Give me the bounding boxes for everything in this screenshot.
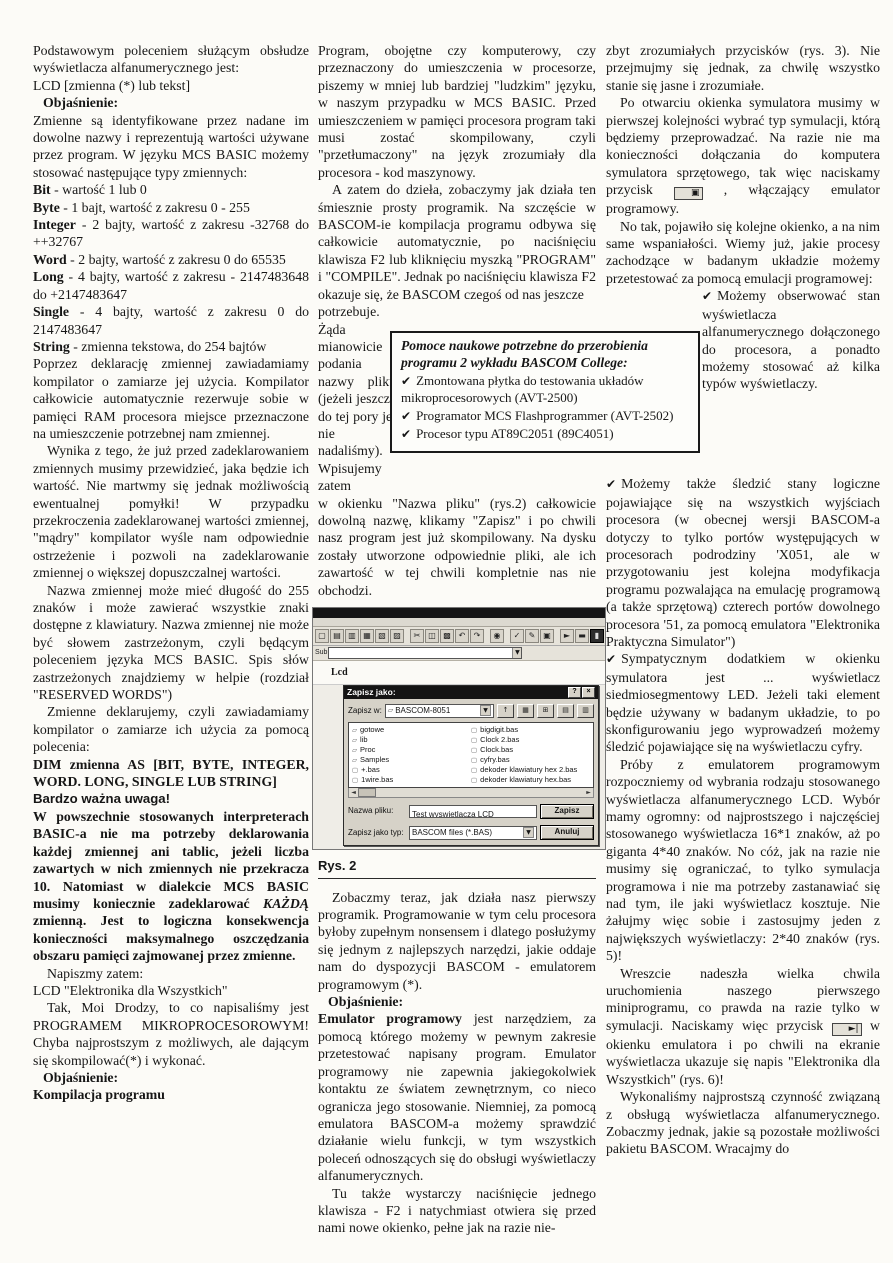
- paragraph: Wynika z tego, że już przed zadeklarowan…: [33, 442, 309, 581]
- column-right: zbyt zrozumiałych przycisków (rys. 3). N…: [606, 42, 880, 1158]
- list-view-icon[interactable]: ▤: [557, 704, 574, 718]
- term-desc: - wartość 1 lub 0: [51, 182, 147, 197]
- folder-name: Proc: [360, 745, 375, 755]
- desktop-view-icon[interactable]: ▦: [517, 704, 534, 718]
- paragraph: Zobaczmy teraz, jak działa nasz pierwszy…: [318, 889, 596, 993]
- save-type-value: BASCOM files (*.BAS): [412, 826, 492, 840]
- type-def-long: Long - 4 bajty, wartość z zakresu - 2147…: [33, 268, 309, 303]
- app-toolbar: ▢ ▤ ▥ ▦ ▧ ▨ ✂ ◫ ▩ ↶ ↷ ◉ ✓ ✎ ▣ ► ▬ ▮: [313, 627, 605, 646]
- file-name: Clock 2.bas: [480, 735, 519, 745]
- paragraph: Tu także wystarczy naciśnięcie jednego k…: [318, 1185, 596, 1237]
- paragraph: No tak, pojawiło się kolejne okienko, a …: [606, 218, 880, 288]
- term: Integer: [33, 217, 76, 232]
- dialog-body: Zapisz w: ▱ BASCOM-8051 ▼ ↑ ▦ ⊞ ▤ ▥: [344, 699, 598, 845]
- file-icon: ▢: [352, 765, 358, 775]
- folder-name: lib: [360, 735, 368, 745]
- run-icon[interactable]: ►: [560, 629, 574, 643]
- copy-icon[interactable]: ◫: [425, 629, 439, 643]
- save-as-dialog: Zapisz jako: ? × Zapisz w: ▱ BASCOM-8051…: [343, 685, 599, 846]
- text-run: Sympatycznym dodatkiem w okienku symulat…: [606, 651, 880, 754]
- file-icon: ▢: [471, 735, 477, 745]
- wrap-text-beside-box: potrzebuje. Żąda mianowicie podania nazw…: [318, 303, 396, 494]
- check-paragraph: ✔Możemy także śledzić stany logiczne poj…: [606, 475, 880, 650]
- type-def-single: Single - 4 bajty, wartość z zakresu 0 do…: [33, 303, 309, 338]
- checkmark-icon: ✔: [401, 409, 416, 423]
- figure-caption: Rys. 2: [318, 857, 596, 874]
- save-in-label: Zapisz w:: [348, 702, 382, 719]
- subheading-objasnienie: Objaśnienie:: [33, 1069, 309, 1086]
- help-button[interactable]: ?: [568, 687, 581, 698]
- subheading-objasnienie: Objaśnienie:: [318, 993, 596, 1010]
- print-preview-icon[interactable]: ▨: [390, 629, 404, 643]
- text-run: Zmontowana płytka do testowania układów …: [401, 373, 644, 405]
- file-name: bigdigit.bas: [480, 725, 518, 735]
- save-in-row: Zapisz w: ▱ BASCOM-8051 ▼ ↑ ▦ ⊞ ▤ ▥: [348, 702, 594, 719]
- save-icon[interactable]: ▥: [345, 629, 359, 643]
- dim-command: DIM zmienna AS [BIT, BYTE, INTEGER, WORD…: [33, 756, 309, 791]
- term: Byte: [33, 200, 60, 215]
- undo-icon[interactable]: ↶: [455, 629, 469, 643]
- subheading-kompilacja: Kompilacja programu: [33, 1086, 309, 1103]
- paragraph: zbyt zrozumiałych przycisków (rys. 3). N…: [606, 42, 880, 94]
- scroll-left-icon[interactable]: ◄: [349, 784, 358, 801]
- emphasis-kazda: KAŻDĄ: [263, 896, 309, 911]
- checkmark-icon: ✔: [401, 427, 416, 441]
- cut-icon[interactable]: ✂: [410, 629, 424, 643]
- file-name-row: Nazwa pliku: Test wyswietlacza LCD Zapis…: [348, 802, 594, 819]
- paragraph: Wykonaliśmy najprostszą czynność związan…: [606, 1088, 880, 1158]
- paragraph: A zatem do dzieła, zobaczymy jak działa …: [318, 181, 596, 303]
- study-aids-title: Pomoce naukowe potrzebne do przerobienia…: [401, 338, 689, 371]
- text-run: Procesor typu AT89C2051 (89C4051): [416, 426, 614, 441]
- save-in-value: BASCOM-8051: [395, 704, 450, 718]
- file-icon: ▢: [471, 725, 477, 735]
- term: Bit: [33, 182, 51, 197]
- paragraph: Wreszcie nadeszła wielka chwila uruchomi…: [606, 965, 880, 1088]
- paragraph: Zmienne deklarujemy, czyli zawiadamiamy …: [33, 703, 309, 755]
- figure-rys2-screenshot: ▢ ▤ ▥ ▦ ▧ ▨ ✂ ◫ ▩ ↶ ↷ ◉ ✓ ✎ ▣ ► ▬ ▮ Sub: [312, 607, 606, 850]
- term: String: [33, 339, 70, 354]
- sub-combobox[interactable]: ▼: [328, 647, 522, 659]
- new-folder-icon[interactable]: ⊞: [537, 704, 554, 718]
- folder-icon: ▱: [352, 735, 357, 745]
- text-run: jest narzędziem, za pomocą którego możem…: [318, 1011, 596, 1183]
- file-name: Clock.bas: [480, 745, 513, 755]
- code-line: LCD "Elektronika dla Wszystkich": [33, 982, 309, 999]
- paragraph: Po otwarciu okienka symulatora musimy w …: [606, 94, 880, 217]
- dialog-title: Zapisz jako:: [347, 684, 396, 701]
- list-item[interactable]: ▢dekoder klawiatury hex.bas: [471, 775, 590, 785]
- sub-selector-row: Sub ▼: [313, 646, 605, 661]
- file-list[interactable]: ▱gotowe ▱lib ▱Proc ▱Samples ▢+.bas ▢1wir…: [348, 722, 594, 788]
- file-list-right-column: ▢bigdigit.bas ▢Clock 2.bas ▢Clock.bas ▢c…: [471, 725, 590, 785]
- column-left: Podstawowym poleceniem służącym obsłudze…: [33, 42, 309, 1104]
- checkmark-icon: ✔: [606, 652, 621, 666]
- term-desc: - 4 bajty, wartość z zakresu 0 do 214748…: [33, 304, 309, 336]
- paragraph: Poprzez deklarację zmiennej zawiadamiamy…: [33, 355, 309, 442]
- wrap-text-beside-box: ✔Możemy obserwować stan wyświetlacza alf…: [702, 287, 880, 475]
- run-button-icon: ►|: [832, 1023, 862, 1036]
- code-line: LCD [zmienna (*) lub tekst]: [33, 77, 309, 94]
- save-type-combobox[interactable]: BASCOM files (*.BAS) ▼: [409, 826, 537, 840]
- paste-icon[interactable]: ▩: [440, 629, 454, 643]
- scroll-right-icon[interactable]: ►: [584, 784, 593, 801]
- paragraph: Zmienne są identyfikowane przez nadane i…: [33, 112, 309, 182]
- subheading-important-note: Bardzo ważna uwaga!: [33, 790, 309, 807]
- app-menubar: [313, 618, 605, 627]
- folder-icon: ▱: [352, 755, 357, 765]
- file-name: 1wire.bas: [361, 775, 393, 785]
- study-aids-box: Pomoce naukowe potrzebne do przerobienia…: [390, 331, 700, 453]
- file-icon: ▢: [471, 765, 477, 775]
- chevron-down-icon[interactable]: ▼: [523, 827, 534, 838]
- list-item[interactable]: ▢Clock 2.bas: [471, 735, 590, 745]
- term: Word: [33, 252, 67, 267]
- term-desc: - 1 bajt, wartość z zakresu 0 - 255: [60, 200, 250, 215]
- syntax-check-icon[interactable]: ✓: [510, 629, 524, 643]
- terminal-icon[interactable]: ▬: [575, 629, 589, 643]
- print-icon[interactable]: ▧: [375, 629, 389, 643]
- text-run: zmienną. Jest to logiczna konsekwencja k…: [33, 913, 309, 963]
- list-item[interactable]: ▢1wire.bas: [352, 775, 471, 785]
- term: Emulator programowy: [318, 1011, 462, 1026]
- study-aids-item: ✔Procesor typu AT89C2051 (89C4051): [401, 426, 689, 443]
- open-file-icon[interactable]: ▤: [330, 629, 344, 643]
- paragraph: Emulator programowy jest narzędziem, za …: [318, 1010, 596, 1184]
- compile-icon[interactable]: ✎: [525, 629, 539, 643]
- term-desc: - 4 bajty, wartość z zakresu - 214748364…: [33, 269, 309, 301]
- term: Single: [33, 304, 69, 319]
- paragraph: Tak, Moi Drodzy, to co napisaliśmy jest …: [33, 999, 309, 1069]
- paragraph: Podstawowym poleceniem służącym obsłudze…: [33, 42, 309, 77]
- save-in-combobox[interactable]: ▱ BASCOM-8051 ▼: [385, 704, 494, 718]
- text-run: Możemy także śledzić stany logiczne poja…: [606, 476, 880, 649]
- type-def-string: String - zmienna tekstowa, do 254 bajtów: [33, 338, 309, 355]
- file-name-label: Nazwa pliku:: [348, 802, 406, 819]
- term-desc: - 2 bajty, wartość z zakresu 0 do 65535: [67, 252, 286, 267]
- file-name-input[interactable]: Test wyswietlacza LCD: [409, 805, 537, 818]
- list-item[interactable]: ▱gotowe: [352, 725, 471, 735]
- section-divider: [318, 878, 596, 879]
- type-def-word: Word - 2 bajty, wartość z zakresu 0 do 6…: [33, 251, 309, 268]
- term-desc: - zmienna tekstowa, do 254 bajtów: [70, 339, 267, 354]
- file-icon: ▢: [471, 755, 477, 765]
- checkmark-icon: ✔: [401, 374, 416, 388]
- file-name: dekoder klawiatury hex.bas: [480, 775, 571, 785]
- up-one-level-icon[interactable]: ↑: [497, 704, 514, 718]
- file-type-row: Zapisz jako typ: BASCOM files (*.BAS) ▼ …: [348, 824, 594, 841]
- type-def-byte: Byte - 1 bajt, wartość z zakresu 0 - 255: [33, 199, 309, 216]
- chevron-down-icon[interactable]: ▼: [512, 648, 521, 658]
- cancel-button[interactable]: Anuluj: [540, 825, 594, 840]
- details-view-icon[interactable]: ▥: [577, 704, 594, 718]
- new-file-icon[interactable]: ▢: [315, 629, 329, 643]
- list-item[interactable]: ▢bigdigit.bas: [471, 725, 590, 735]
- list-item[interactable]: ▢dekoder klawiatury hex 2.bas: [471, 765, 590, 775]
- list-item[interactable]: ▱lib: [352, 735, 471, 745]
- column-middle: Program, obojętne czy komputerowy, czy p…: [318, 42, 596, 1237]
- chevron-down-icon[interactable]: ▼: [480, 705, 491, 716]
- folder-icon: ▱: [352, 745, 357, 755]
- app-titlebar: [313, 608, 605, 618]
- sub-label: Sub: [315, 644, 327, 661]
- subheading-objasnienie: Objaśnienie:: [33, 94, 309, 111]
- redo-icon[interactable]: ↷: [470, 629, 484, 643]
- dialog-titlebar[interactable]: Zapisz jako: ? ×: [344, 686, 598, 699]
- simulator-icon[interactable]: ▣: [540, 629, 554, 643]
- folder-icon: ▱: [352, 725, 357, 735]
- paragraph: Napiszmy zatem:: [33, 965, 309, 982]
- list-item[interactable]: ▢cyfry.bas: [471, 755, 590, 765]
- file-list-left-column: ▱gotowe ▱lib ▱Proc ▱Samples ▢+.bas ▢1wir…: [352, 725, 471, 785]
- paragraph: w okienku "Nazwa pliku" (rys.2) całkowic…: [318, 495, 596, 599]
- list-item[interactable]: ▢Clock.bas: [471, 745, 590, 755]
- study-aids-item: ✔Programator MCS Flashprogrammer (AVT-25…: [401, 408, 689, 425]
- check-paragraph: ✔Sympatycznym dodatkiem w okienku symula…: [606, 650, 880, 755]
- file-icon: ▢: [471, 745, 477, 755]
- file-name: cyfry.bas: [480, 755, 509, 765]
- code-editor-area[interactable]: Lcd: [313, 661, 605, 685]
- checkmark-icon: ✔: [606, 477, 621, 491]
- folder-name: gotowe: [360, 725, 384, 735]
- list-item[interactable]: ▢+.bas: [352, 765, 471, 775]
- type-def-integer: Integer - 2 bajty, wartość z zakresu -32…: [33, 216, 309, 251]
- checkmark-icon: ✔: [702, 289, 717, 303]
- file-icon: ▢: [471, 775, 477, 785]
- save-button[interactable]: Zapisz: [540, 804, 594, 819]
- file-name: +.bas: [361, 765, 380, 775]
- study-aids-item: ✔Zmontowana płytka do testowania układów…: [401, 373, 689, 406]
- paragraph: Próby z emulatorem programowym rozpoczni…: [606, 756, 880, 965]
- type-def-bit: Bit - wartość 1 lub 0: [33, 181, 309, 198]
- magazine-page: Podstawowym poleceniem służącym obsłudze…: [0, 0, 893, 1263]
- folder-name: Samples: [360, 755, 389, 765]
- text-run: Możemy obserwować stan wyświetlacza alfa…: [702, 288, 880, 391]
- paragraph: Program, obojętne czy komputerowy, czy p…: [318, 42, 596, 181]
- horizontal-scrollbar[interactable]: ◄ ►: [348, 788, 594, 798]
- help-icon[interactable]: ▮: [590, 629, 604, 643]
- save-all-icon[interactable]: ▦: [360, 629, 374, 643]
- emulator-button-icon: ▣: [674, 187, 703, 200]
- save-type-label: Zapisz jako typ:: [348, 824, 406, 841]
- list-item[interactable]: ▱Proc: [352, 745, 471, 755]
- paragraph: Nazwa zmiennej może mieć długość do 255 …: [33, 582, 309, 704]
- close-icon[interactable]: ×: [582, 687, 595, 698]
- term: Long: [33, 269, 64, 284]
- file-name: dekoder klawiatury hex 2.bas: [480, 765, 577, 775]
- folder-icon: ▱: [388, 704, 393, 718]
- list-item[interactable]: ▱Samples: [352, 755, 471, 765]
- find-icon[interactable]: ◉: [490, 629, 504, 643]
- scrollbar-thumb[interactable]: [358, 788, 376, 797]
- text-run: Programator MCS Flashprogrammer (AVT-250…: [416, 408, 673, 423]
- paragraph-bold: W powszechnie stosowanych interpreterach…: [33, 808, 309, 965]
